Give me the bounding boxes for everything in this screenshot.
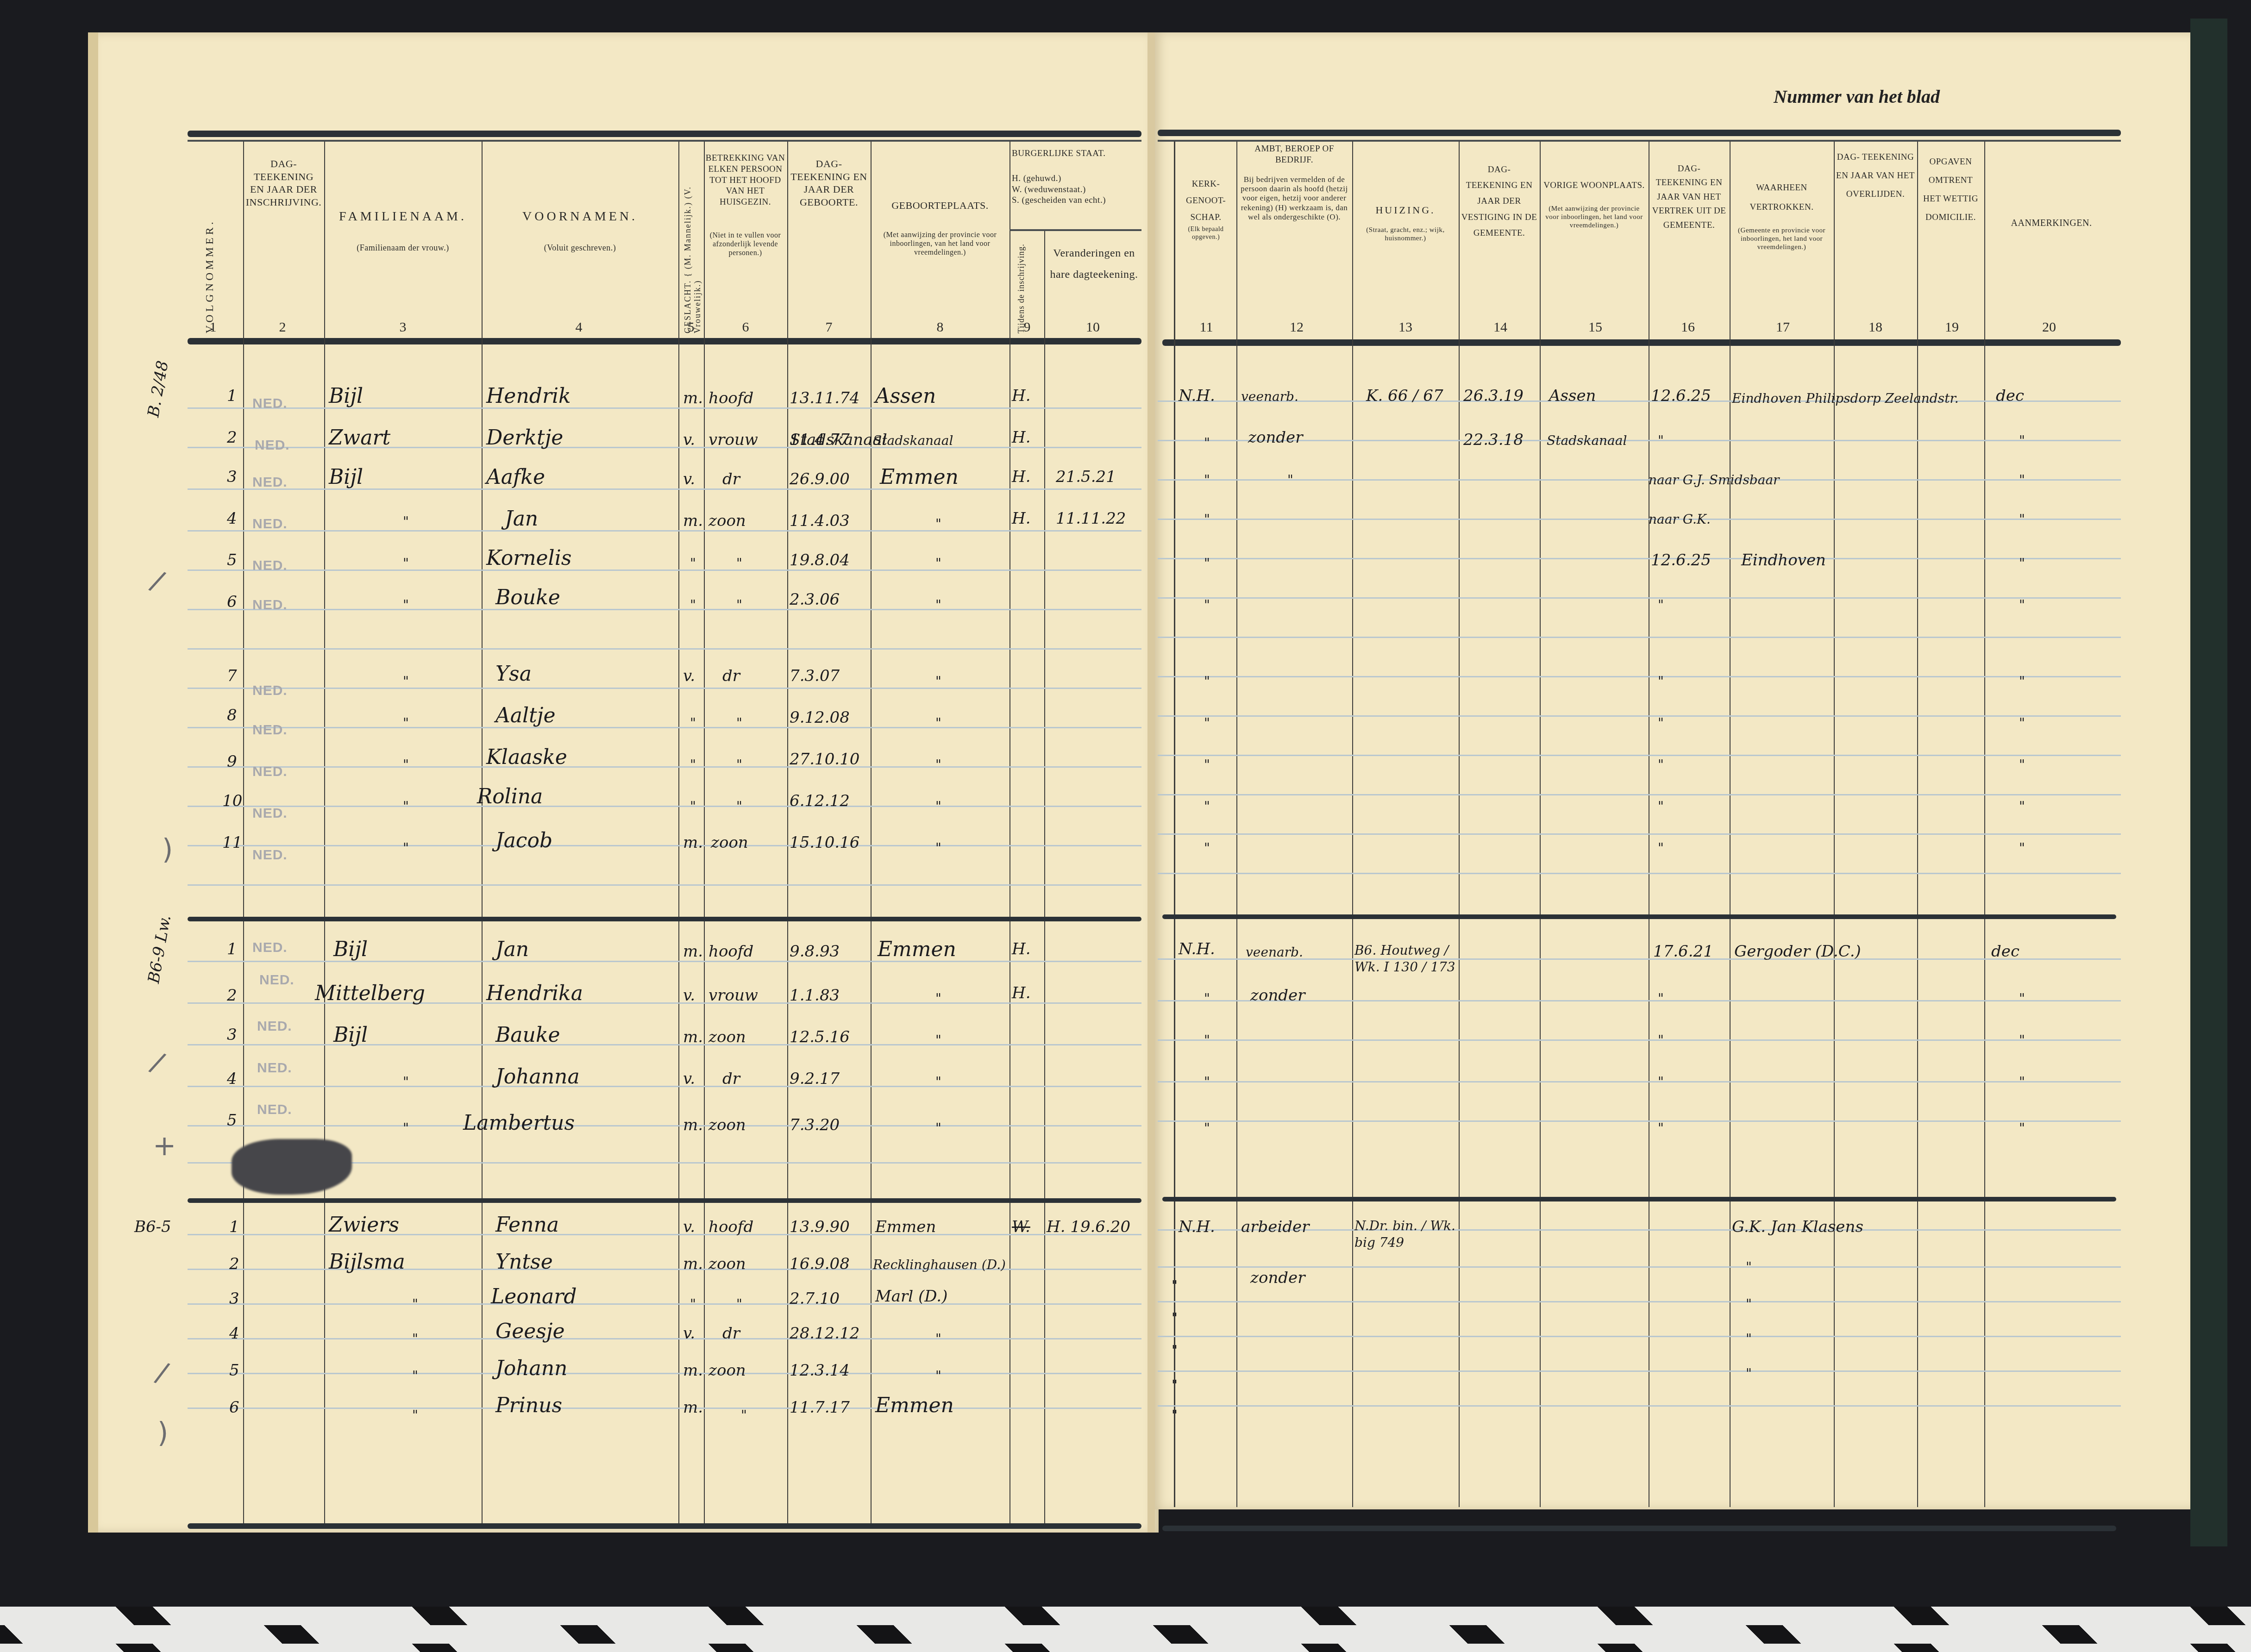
family-name: " <box>403 556 409 571</box>
remarks: " <box>2019 991 2025 1006</box>
civil-status-change: H. 19.6.20 <box>1047 1218 1130 1236</box>
relation: zoon <box>709 1116 746 1134</box>
col1-header: VOLGNOMMER. <box>204 181 216 333</box>
row-number: 4 <box>229 1324 239 1343</box>
occupation: zonder <box>1248 428 1303 447</box>
church: " <box>1172 1343 1178 1358</box>
church: " <box>1204 435 1210 451</box>
nationality-stamp: NED. <box>252 764 288 780</box>
family-name: " <box>403 674 409 689</box>
birth-date: 9.12.08 <box>790 708 850 727</box>
civil-status: H. <box>1012 387 1030 405</box>
col-number: 17 <box>1771 319 1794 335</box>
sex: m. <box>683 833 703 852</box>
row-number: 5 <box>229 1361 239 1380</box>
header-rule-left-thin <box>188 140 1141 142</box>
col14-header: DAG- TEEKENING EN JAAR DER VESTIGING IN … <box>1461 162 1537 241</box>
given-name: Geesje <box>495 1320 565 1343</box>
birth-date: 15.10.16 <box>790 833 859 852</box>
church: " <box>1204 715 1210 731</box>
nationality-stamp: NED. <box>255 438 290 453</box>
family-name: Bijlsma <box>329 1250 405 1274</box>
ruled-line <box>1158 558 2121 559</box>
calibration-checkerboard <box>0 1607 2251 1652</box>
church: " <box>1204 472 1210 488</box>
birthplace: Marl (D.) <box>875 1287 947 1306</box>
family-name: Bijl <box>333 938 368 961</box>
birth-date: 13.9.90 <box>790 1218 850 1236</box>
relation: zoon <box>709 1028 746 1046</box>
header-rule-left <box>188 131 1141 137</box>
birth-date: 9.8.93 <box>790 942 840 961</box>
destination: Eindhoven <box>1741 551 1826 569</box>
col9-header: Tijdens de inschrijving. <box>1016 234 1026 333</box>
row-number: 1 <box>227 387 237 405</box>
sex: v. <box>683 1070 695 1088</box>
col-number: 7 <box>820 319 838 335</box>
col-number: 6 <box>736 319 755 335</box>
relation: vrouw <box>709 431 758 449</box>
row-number: 5 <box>227 551 237 569</box>
departure-date: 12.6.25 <box>1651 551 1711 569</box>
ruled-line <box>188 1044 1141 1045</box>
occupation: zonder <box>1250 986 1305 1005</box>
nationality-stamp: NED. <box>257 1060 292 1076</box>
family-name: " <box>412 1296 418 1312</box>
remarks: dec <box>1996 387 2024 405</box>
nationality-stamp: NED. <box>252 396 288 412</box>
family-name: Bijl <box>329 384 363 408</box>
ruled-line <box>1158 833 2121 835</box>
relation: " <box>736 715 742 731</box>
col-divider <box>482 141 483 1526</box>
relation: zoon <box>709 1361 746 1380</box>
col17-header: WAARHEEN VERTROKKEN. (Gemeente en provin… <box>1732 178 1831 251</box>
ruled-line <box>188 766 1141 768</box>
family-name: Zwiers <box>329 1213 399 1237</box>
church: " <box>1204 512 1210 527</box>
destination: " <box>1746 1331 1752 1346</box>
nationality-stamp: NED. <box>259 972 295 988</box>
relation: hoofd <box>709 1218 753 1236</box>
ruled-line <box>188 961 1141 962</box>
family-name: " <box>403 799 409 814</box>
destination: " <box>1746 1296 1752 1312</box>
settlement-date: 22.3.18 <box>1463 431 1524 449</box>
departure-date: " <box>1658 757 1664 772</box>
church: " <box>1204 1120 1210 1136</box>
remarks: " <box>2019 597 2025 613</box>
ruled-line <box>1158 1120 2121 1122</box>
remarks: " <box>2019 840 2025 856</box>
sex: m. <box>683 1398 703 1417</box>
col-number: 19 <box>1940 319 1963 335</box>
row-number: 1 <box>229 1218 239 1236</box>
col-divider <box>324 141 325 1526</box>
col-number: 9 <box>1018 319 1036 335</box>
row-number: 6 <box>229 1398 239 1417</box>
sex: m. <box>683 1255 703 1273</box>
family-name: " <box>412 1408 418 1423</box>
col-number: 16 <box>1676 319 1699 335</box>
birthplace: " <box>935 840 941 856</box>
departure-date: " <box>1658 991 1664 1006</box>
row-number: 3 <box>229 1289 239 1308</box>
birth-date: 11.4.03 <box>790 512 850 530</box>
sex: v. <box>683 667 695 685</box>
birthplace: Emmen <box>875 1218 936 1236</box>
subheader-rule-left <box>188 338 1141 344</box>
church: N.H. <box>1179 940 1215 958</box>
ruled-line <box>1158 1336 2121 1337</box>
family-name: " <box>403 514 409 529</box>
family-name: " <box>412 1331 418 1346</box>
birth-date: 9.2.17 <box>790 1070 840 1088</box>
ruled-line <box>188 569 1141 571</box>
row-number: 6 <box>227 593 237 611</box>
family-name: " <box>403 715 409 731</box>
col8-header: GEBOORTEPLAATS. (Met aanwijzing der prov… <box>873 199 1007 257</box>
birth-date: 28.12.12 <box>790 1324 859 1343</box>
book-spine <box>1147 32 1155 1533</box>
given-name: Bouke <box>495 586 560 609</box>
birth-date: 7.3.07 <box>790 667 840 685</box>
civil-status: H. <box>1012 509 1030 528</box>
row-number: 4 <box>227 1070 237 1088</box>
ruled-line <box>1158 597 2121 599</box>
family-name: " <box>403 1074 409 1089</box>
col-divider <box>1010 141 1010 1526</box>
birth-date: 27.10.10 <box>790 750 859 769</box>
birthplace: " <box>935 674 941 689</box>
birthplace: " <box>935 516 941 532</box>
sex: m. <box>683 1116 703 1134</box>
ruled-line <box>1158 1301 2121 1302</box>
col11-header: KERK- GENOOT- SCHAP. (Elk bepaald opgeve… <box>1176 176 1235 242</box>
relation: zoon <box>709 1255 746 1273</box>
row-number: 2 <box>229 1255 239 1273</box>
birthplace: " <box>935 757 941 772</box>
ruled-line <box>188 1125 1141 1126</box>
ruled-line <box>1158 519 2121 520</box>
birthplace: " <box>935 1331 941 1346</box>
civil-status-change: 21.5.21 <box>1056 468 1116 486</box>
bracket-mark: ) <box>162 833 173 866</box>
birth-date: 6.12.12 <box>790 792 850 810</box>
check-mark: + <box>153 1130 176 1162</box>
ruled-line <box>1158 1405 2121 1407</box>
given-name: Hendrik <box>486 384 571 408</box>
sheet-number-label: Nummer van het blad <box>1774 86 1940 107</box>
birth-date: 7.3.20 <box>790 1116 840 1134</box>
civil-status-change: 11.11.22 <box>1056 509 1126 528</box>
ruled-line <box>1158 873 2121 874</box>
remarks: " <box>2019 674 2025 689</box>
nationality-stamp: NED. <box>252 806 288 821</box>
sex: " <box>690 715 696 731</box>
remarks: " <box>2019 433 2025 448</box>
nationality-stamp: NED. <box>252 683 288 699</box>
nationality-stamp: NED. <box>252 722 288 738</box>
birth-date: 19.8.04 <box>790 551 850 569</box>
birthplace: " <box>935 1032 941 1048</box>
remarks: " <box>2019 512 2025 527</box>
birthplace: " <box>935 1074 941 1089</box>
relation: " <box>736 799 742 814</box>
church: " <box>1172 1408 1178 1423</box>
relation: dr <box>722 1324 740 1343</box>
relation: dr <box>722 667 740 685</box>
remarks: " <box>2019 556 2025 571</box>
relation: " <box>736 597 742 613</box>
left-page <box>88 32 1159 1533</box>
departure-date: " <box>1658 799 1664 814</box>
given-name: Ysa <box>495 662 532 686</box>
church: " <box>1172 1278 1178 1293</box>
ruled-line <box>188 530 1141 532</box>
given-name: Yntse <box>495 1250 553 1274</box>
household-separator <box>188 1523 1141 1529</box>
sex: " <box>690 799 696 814</box>
col2-header: DAG- TEEKENING EN JAAR DER INSCHRIJVING. <box>245 157 322 208</box>
nationality-stamp: NED. <box>252 558 288 574</box>
birthplace: " <box>935 799 941 814</box>
family-name: " <box>403 757 409 772</box>
destination: G.K. Jan Klasens <box>1732 1218 1863 1236</box>
remarks: " <box>2019 715 2025 731</box>
family-name: " <box>403 1120 409 1136</box>
family-name: " <box>412 1368 418 1383</box>
row-number: 10 <box>222 792 242 810</box>
church: " <box>1204 1074 1210 1089</box>
col4-header: VOORNAMEN. (Voluit geschreven.) <box>484 208 676 253</box>
col-number: 20 <box>2038 319 2061 335</box>
destination: naar G.J. Smidsbaar <box>1649 472 1780 488</box>
relation: zoon <box>709 512 746 530</box>
col16-header: DAG- TEEKENING EN JAAR VAN HET VERTREK U… <box>1651 162 1727 232</box>
ruled-line <box>1158 1266 2121 1268</box>
church: " <box>1172 1377 1178 1393</box>
col-number: 13 <box>1394 319 1417 335</box>
col-number: 11 <box>1195 319 1218 335</box>
sex: v. <box>683 431 695 449</box>
civil-status: H. <box>1012 984 1030 1002</box>
nationality-stamp: NED. <box>252 516 288 532</box>
previous-residence: Assen <box>1549 387 1596 405</box>
birth-date: 12.5.16 <box>790 1028 850 1046</box>
birthplace: Emmen <box>875 1394 954 1417</box>
col13-header: HUIZING. (Straat, gracht, enz.; wijk, hu… <box>1354 204 1456 243</box>
given-name: Jacob <box>495 829 552 852</box>
relation: hoofd <box>709 942 753 961</box>
col-divider <box>871 141 872 1526</box>
col-divider <box>704 141 705 1526</box>
ruled-line <box>188 1086 1141 1087</box>
ruled-line <box>1158 755 2121 756</box>
birth-date: 12.3.14 <box>790 1361 850 1380</box>
birthplace: " <box>935 597 941 613</box>
sex: v. <box>683 1218 695 1236</box>
ruled-line <box>188 806 1141 807</box>
col6-header: BETREKKING VAN ELKEN PERSOON TOT HET HOO… <box>705 153 786 257</box>
birthplace: " <box>935 1368 941 1383</box>
header-rule-right <box>1158 130 2121 136</box>
destination: " <box>1746 1366 1752 1381</box>
departure-date: " <box>1658 840 1664 856</box>
ruled-line <box>1158 1039 2121 1041</box>
sex: m. <box>683 1028 703 1046</box>
birthplace: " <box>935 991 941 1006</box>
col5-header: GESLACHT. { (M. Mannelijk.) (V. Vrouweli… <box>683 144 702 333</box>
nationality-stamp: NED. <box>252 847 288 863</box>
birthplace: Stadskanaal <box>873 433 953 448</box>
given-name: Hendrika <box>486 982 583 1005</box>
housing: N.Dr. bin. / Wk. big 749 <box>1354 1218 1461 1252</box>
sex: " <box>690 1296 696 1312</box>
church: " <box>1204 799 1210 814</box>
sex: " <box>690 597 696 613</box>
col19-header: OPGAVEN OMTRENT HET WETTIG DOMICILIE. <box>1919 153 1982 227</box>
relation: dr <box>722 470 740 488</box>
sex: v. <box>683 1324 695 1343</box>
church: N.H. <box>1179 1218 1215 1236</box>
row-number: 1 <box>227 940 237 958</box>
relation: " <box>736 556 742 571</box>
relation: zoon <box>711 833 748 852</box>
church: " <box>1204 991 1210 1006</box>
ruled-line <box>188 1338 1141 1339</box>
given-name: Bauke <box>495 1023 560 1047</box>
relation: hoofd <box>709 389 753 407</box>
given-name: Fenna <box>495 1213 559 1237</box>
nationality-stamp: NED. <box>252 475 288 490</box>
birth-date: 16.9.08 <box>790 1255 850 1273</box>
birthplace: Assen <box>875 384 936 408</box>
civil-status: H. <box>1012 940 1030 958</box>
given-name: Johann <box>495 1357 567 1380</box>
given-name: Aaltje <box>495 704 555 727</box>
household-separator <box>1162 1526 2116 1531</box>
burgerlijke-staat-divider <box>1010 229 1141 231</box>
birthplace: " <box>935 1120 941 1136</box>
household-separator <box>188 1198 1141 1203</box>
ruled-line <box>188 609 1141 610</box>
ruled-line <box>188 688 1141 689</box>
row-number: 9 <box>227 752 237 771</box>
family-name: Bijl <box>329 465 363 489</box>
col3-header: FAMILIENAAM. (Familienaam der vrouw.) <box>326 208 479 253</box>
civil-status: H. <box>1012 428 1030 447</box>
given-name: Jan <box>505 507 538 531</box>
remarks: " <box>2019 757 2025 772</box>
household-ref: B6-5 <box>134 1218 171 1236</box>
settlement-date: 26.3.19 <box>1463 387 1524 405</box>
birth-date: 11.4.77 <box>790 431 850 449</box>
ruled-line <box>1158 794 2121 795</box>
row-number: 3 <box>227 1026 237 1044</box>
nationality-stamp: NED. <box>257 1102 292 1118</box>
destination: naar G.K. <box>1649 512 1711 527</box>
birthplace: Emmen <box>878 938 956 961</box>
ruled-line <box>1158 715 2121 717</box>
remarks: " <box>2019 799 2025 814</box>
birthplace: Recklinghausen (D.) <box>873 1257 1006 1272</box>
sex: m. <box>683 389 703 407</box>
relation: dr <box>722 1070 740 1088</box>
col-number: 14 <box>1489 319 1512 335</box>
col-number: 4 <box>570 319 588 335</box>
relation: " <box>736 757 742 772</box>
destination: Gergoder (D.C.) <box>1734 942 1861 961</box>
col-number: 8 <box>931 319 949 335</box>
occupation: zonder <box>1250 1269 1305 1287</box>
ruled-line <box>1158 676 2121 677</box>
row-number: 11 <box>222 833 242 852</box>
col-number: 1 <box>204 319 222 335</box>
birthplace: " <box>935 556 941 571</box>
remarks: " <box>2019 472 2025 488</box>
remarks: " <box>2019 1120 2025 1136</box>
family-name: " <box>403 840 409 856</box>
burgerlijke-staat-header: BURGERLIJKE STAAT. H. (gehuwd.) W. (wedu… <box>1012 148 1141 206</box>
col-divider <box>787 141 788 1526</box>
ink-blot <box>232 1139 352 1195</box>
col-divider <box>243 141 244 1526</box>
ruled-line <box>1158 637 2121 638</box>
given-name: Aafke <box>486 465 545 489</box>
given-name: Prinus <box>495 1394 562 1417</box>
header-rule-right-thin <box>1158 140 2121 142</box>
nationality-stamp: NED. <box>252 940 288 956</box>
given-name: Rolina <box>477 785 543 808</box>
church: " <box>1204 597 1210 613</box>
ruled-line <box>188 845 1141 846</box>
household-separator <box>1162 914 2116 919</box>
birthplace: Emmen <box>880 465 959 489</box>
church: " <box>1204 674 1210 689</box>
col-number: 10 <box>1079 319 1107 335</box>
book-cover-edge <box>2190 19 2227 1546</box>
departure-date: " <box>1658 433 1664 448</box>
ruled-line <box>1158 1370 2121 1372</box>
row-number: 2 <box>227 986 237 1005</box>
col-number: 5 <box>682 319 700 335</box>
destination: Eindhoven Philipsdorp Zeelandstr. <box>1732 389 1991 408</box>
household-separator <box>188 917 1141 921</box>
col-number: 12 <box>1285 319 1308 335</box>
church: " <box>1204 757 1210 772</box>
ruled-line <box>188 648 1141 650</box>
destination: " <box>1746 1259 1752 1275</box>
church: " <box>1172 1310 1178 1326</box>
ruled-line <box>1158 479 2121 481</box>
departure-date: " <box>1658 1032 1664 1048</box>
sex: " <box>690 556 696 571</box>
birth-date: 11.7.17 <box>790 1398 850 1417</box>
relation: vrouw <box>709 986 758 1005</box>
col18-header: DAG- TEEKENING EN JAAR VAN HET OVERLIJDE… <box>1836 148 1915 204</box>
family-name: Zwart <box>329 426 390 450</box>
sex: m. <box>683 942 703 961</box>
given-name: Kornelis <box>486 546 571 570</box>
departure-date: " <box>1658 1074 1664 1089</box>
civil-status: H. <box>1012 468 1030 486</box>
occupation: arbeider <box>1241 1218 1309 1236</box>
col-number: 15 <box>1584 319 1607 335</box>
given-name: Jan <box>495 938 529 961</box>
col10-header: Veranderingen en hare dagteekening. <box>1047 243 1141 285</box>
given-name: Johanna <box>495 1065 580 1089</box>
